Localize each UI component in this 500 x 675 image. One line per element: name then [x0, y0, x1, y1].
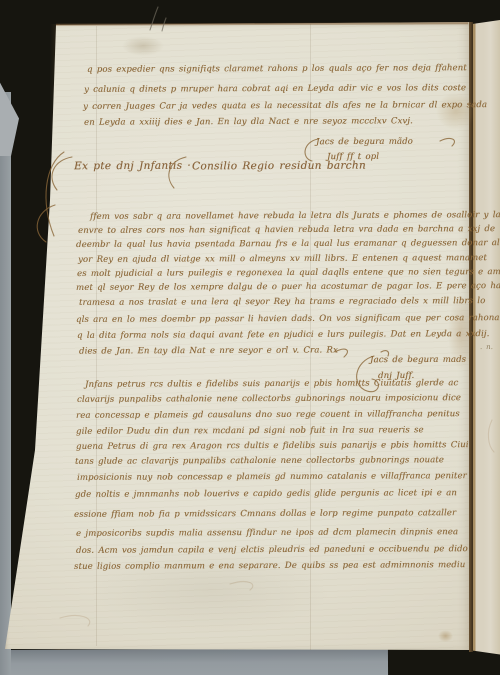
text-line: imposicionis nuy nob concessap e plameis…: [77, 471, 467, 483]
text-line: tans glude ac clavarijs punpalibs cathal…: [75, 455, 444, 467]
text-line: clavarijs punpalibs cathalonie nene coll…: [77, 393, 461, 405]
text-line: y calunia q dinets p mruper hara cobrat …: [84, 83, 466, 95]
table-surface-bottom: [0, 648, 388, 675]
page-stain: [122, 36, 164, 56]
text-line: yor Rey en ajuda dl viatge xx mill o alm…: [78, 253, 487, 265]
margin-note-line: Jacs de begura mãdo: [316, 137, 413, 147]
text-line: dies de Jan. En tay dla Nat e nre seyor …: [79, 345, 338, 356]
text-line: en Leyda a xxiiij dies e Jan. En lay dla…: [84, 116, 413, 127]
text-line: stue ligios complio manmum e ena separar…: [74, 560, 465, 572]
text-line: dos. Acm vos jamdun capila e venj elctis…: [76, 544, 468, 556]
text-line: qls ara en lo mes doembr pp passar li ha…: [76, 313, 500, 325]
text-line: envre to alres cors nos han significat q…: [78, 224, 495, 236]
text-line: Jnfans petrus rcs dultis e fidelibs suis…: [85, 378, 458, 390]
text-line: q la dita forma nols sia daqui avant fet…: [77, 329, 489, 341]
section-heading-part1: Ex pte dnj Jnfantis ·: [74, 161, 191, 172]
text-line: gile edilor Dudu din dun rex mcdani pd s…: [76, 425, 424, 437]
text-line: e jmposicoribs supdis malia assensu ffin…: [76, 527, 458, 539]
text-line: y corren Juages Car ja vedes quata es la…: [83, 100, 487, 112]
text-line: q pos expedier qns signifiqts claramet r…: [87, 63, 467, 75]
page-stain: [438, 630, 453, 642]
text-line: ffem vos sabr q ara novellamet have rebu…: [90, 210, 500, 222]
page-sheen: [90, 545, 330, 635]
text-line: deembr la qual lus havia psentada Barnau…: [76, 238, 500, 250]
text-line: essione ffiam nob fia p vmidssicars Cmna…: [74, 508, 456, 520]
text-line: met ql seyor Rey de los xempre dalgu de …: [76, 281, 500, 293]
margin-note-line: Jacs de begura mads: [370, 355, 466, 365]
page-stain: [436, 92, 476, 130]
text-line: guena Petrus di gra rex Aragon rcs dulti…: [76, 440, 469, 452]
text-line: es molt pjudicial a lurs puilegis e rego…: [77, 267, 500, 279]
section-heading-part2: Consilio Regio residun barchn: [192, 161, 366, 172]
text-line: rea concessap e plameis gd causaluns dno…: [76, 409, 460, 421]
text-line: gde noltis e jmnmanhs nob louerivs e cap…: [75, 488, 457, 500]
text-line: tramesa a nos traslat e una lera ql seyo…: [79, 296, 485, 308]
next-leaf-mark: . n.: [480, 342, 493, 352]
manuscript-photo: q pos expedier qns signifiqts claramet r…: [0, 0, 500, 675]
